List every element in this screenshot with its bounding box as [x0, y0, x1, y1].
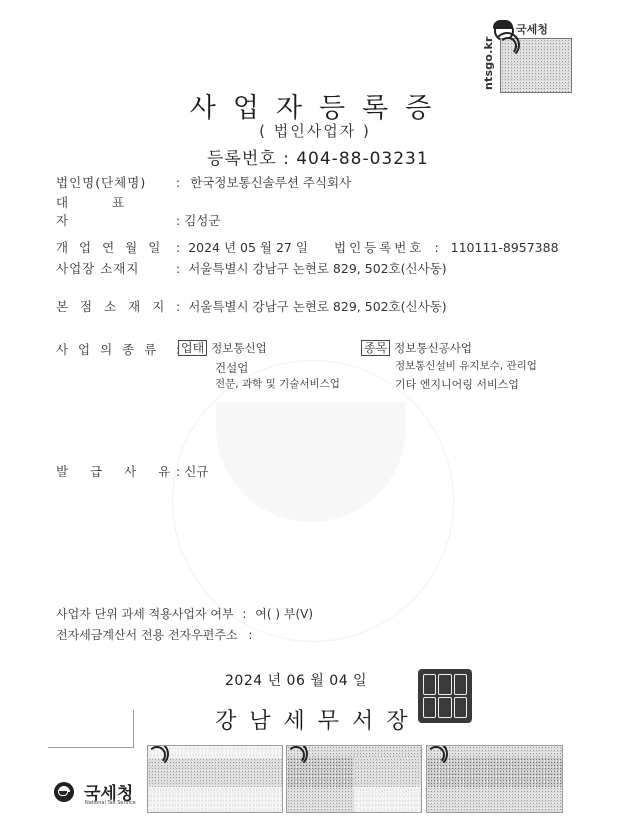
registration-number: 404-88-03231: [296, 149, 428, 169]
security-panel-2: [286, 745, 422, 813]
corner-line: [133, 710, 134, 748]
nts-url: ntsgo.kr: [482, 36, 495, 90]
security-panel-3: [426, 745, 563, 813]
nts-logo-subname: National Tax Service: [85, 800, 136, 806]
registration-number-label: 등록번호 :: [207, 149, 290, 169]
field-hq-address: 본 점 소 재 지 : 서울특별시 강남구 논현로 829, 502호(신사동): [56, 297, 447, 315]
security-panel-1: [147, 745, 283, 813]
nts-emblem-icon: [54, 782, 74, 802]
business-address-value: 서울특별시 강남구 논현로 829, 502호(신사동): [188, 261, 446, 276]
security-pattern-box: [500, 38, 572, 93]
signal-arcs-icon: [154, 752, 168, 766]
field-business-type-label: 사 업 의 종 류 :: [56, 340, 180, 358]
corner-line: [48, 747, 134, 748]
corp-name-value: 한국정보통신솔루션 주식회사: [190, 175, 351, 190]
item-box-label: 종목: [361, 340, 390, 356]
business-item-3: 기타 엔지니어링 서비스업: [395, 376, 519, 392]
field-business-address: 사업장 소재지 : 서울특별시 강남구 논현로 829, 502호(신사동): [56, 259, 447, 277]
field-representative: 대 표 자 : 김성군: [56, 193, 220, 229]
corp-reg-no-value: 110111-8957388: [451, 240, 559, 255]
field-issue-reason: 발 급 사 유 : 신규: [56, 462, 208, 480]
document-subtitle: ( 법인사업자 ): [0, 120, 630, 141]
unit-taxation-value: 여( ) 부(V): [255, 607, 313, 621]
issuing-office: 강남세무서장: [215, 704, 421, 735]
signal-arcs-icon: [433, 752, 447, 766]
open-date-value: 2024 년 05 월 27 일: [188, 240, 308, 255]
hq-address-value: 서울특별시 강남구 논현로 829, 502호(신사동): [188, 299, 446, 314]
nts-badge-label: 국세청: [516, 21, 548, 37]
signal-arcs-icon: [293, 752, 307, 766]
issue-date: 2024 년 06 월 04 일: [225, 670, 367, 690]
business-item-2: 정보통신설비 유지보수, 관리업: [395, 358, 537, 373]
field-corp-reg-no: 법인등록번호 : 110111-8957388: [334, 238, 559, 256]
category-box-label: 업태: [178, 340, 207, 356]
registration-number-line: 등록번호 : 404-88-03231: [207, 144, 429, 169]
business-category-header: 업태 정보통신업: [178, 339, 267, 356]
field-corp-name: 법인명(단체명) : 한국정보통신솔루션 주식회사: [56, 173, 351, 191]
representative-value: 김성군: [184, 213, 220, 228]
field-open-date: 개 업 연 월 일 : 2024 년 05 월 27 일: [56, 238, 308, 256]
issue-reason-value: 신규: [184, 464, 208, 479]
official-seal-icon: [418, 669, 472, 723]
signal-arcs-icon: [505, 43, 519, 57]
field-e-invoice-email: 전자세금계산서 전용 전자우편주소 :: [56, 626, 252, 643]
business-item-header: 종목 정보통신공사업: [361, 339, 472, 356]
field-unit-taxation: 사업자 단위 과세 적용사업자 여부 : 여( ) 부(V): [56, 605, 313, 622]
business-category-3: 전문, 과학 및 기술서비스업: [215, 376, 340, 391]
business-category-2: 건설업: [215, 360, 248, 376]
